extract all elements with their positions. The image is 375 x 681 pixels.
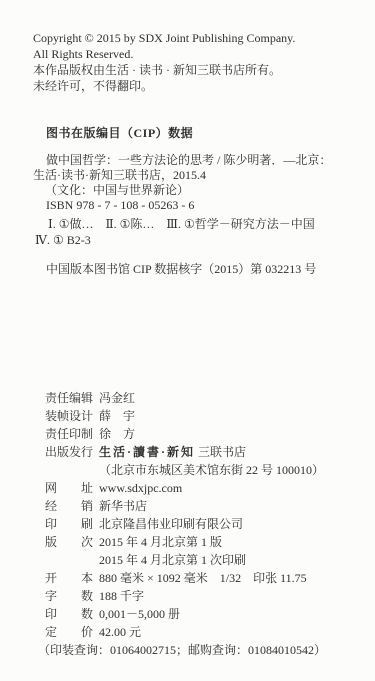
row-value: 冯金红 (99, 391, 135, 405)
colophon-row-website: 网址www.sdxjpc.com (45, 479, 370, 497)
row-label: 出版发行 (45, 443, 93, 461)
colophon-inquiry-line: （印装查询：01064002715；邮购查询：01084010542） (38, 641, 370, 659)
colophon-row-distributor: 经销新华书店 (45, 497, 370, 515)
colophon-row-price: 定价42.00 元 (45, 623, 370, 641)
row-label: 印数 (45, 605, 93, 623)
row-label: 字数 (45, 587, 93, 605)
colophon-row-designer: 装帧设计薛 宇 (45, 407, 370, 425)
copyright-block: Copyright © 2015 by SDX Joint Publishing… (33, 30, 363, 94)
colophon-row-address: （北京市东城区美术馆东街 22 号 100010） (45, 461, 370, 479)
cip-series-line: （文化：中国与世界新论） (33, 183, 368, 198)
copyright-line-en-1: Copyright © 2015 by SDX Joint Publishing… (33, 30, 363, 46)
colophon-row-publisher: 出版发行生活·讀書·新知三联书店 (45, 443, 370, 461)
row-value: 新华书店 (99, 499, 147, 513)
row-label: 开本 (45, 569, 93, 587)
row-label: 网址 (45, 479, 93, 497)
copyright-line-cn-1: 本作品版权由生活 · 读书 · 新知三联书店所有。 (33, 62, 363, 78)
row-value: 薛 宇 (99, 409, 135, 423)
copyright-line-cn-2: 未经许可，不得翻印。 (33, 78, 363, 94)
cip-isbn-line: ISBN 978 - 7 - 108 - 05263 - 6 (33, 198, 368, 213)
publisher-address: （北京市东城区美术馆东街 22 号 100010） (99, 463, 324, 477)
row-value: 2015 年 4 月北京第 1 版 (99, 535, 222, 549)
printing-info: 2015 年 4 月北京第 1 次印刷 (99, 553, 246, 567)
row-value: 188 千字 (99, 589, 144, 603)
cip-classification-block: Ⅰ. ①做… Ⅱ. ①陈… Ⅲ. ①哲学－研究方法－中国 Ⅳ. ① B2-3 (35, 217, 365, 248)
cip-class-line-2: Ⅳ. ① B2-3 (35, 233, 365, 249)
publisher-brand-logotype: 生活·讀書·新知 (99, 445, 195, 459)
row-value: 42.00 元 (99, 625, 141, 639)
row-label: 经销 (45, 497, 93, 515)
row-value: 0,001－5,000 册 (99, 607, 180, 621)
copyright-line-en-2: All Rights Reserved. (33, 46, 363, 62)
cip-heading: 图书在版编目（CIP）数据 (33, 124, 368, 141)
cip-publisher-line: 生活·读书·新知三联书店，2015.4 (33, 168, 368, 183)
colophon-row-printer: 印刷北京隆昌伟业印刷有限公司 (45, 515, 370, 533)
row-label: 版次 (45, 533, 93, 551)
colophon-row-wordcount: 字数188 千字 (45, 587, 370, 605)
cip-record-line: 中国版本图书馆 CIP 数据核字（2015）第 032213 号 (46, 260, 366, 277)
row-value: 880 毫米 × 1092 毫米 1/32 印张 11.75 (99, 571, 307, 585)
cip-block: 图书在版编目（CIP）数据 做中国哲学：一些方法论的思考 / 陈少明著．—北京：… (33, 124, 368, 213)
cip-title-line: 做中国哲学：一些方法论的思考 / 陈少明著．—北京： (33, 153, 368, 168)
row-value: 北京隆昌伟业印刷有限公司 (99, 517, 243, 531)
cip-class-line-1: Ⅰ. ①做… Ⅱ. ①陈… Ⅲ. ①哲学－研究方法－中国 (35, 217, 365, 233)
row-label: 责任编辑 (45, 389, 93, 407)
row-label: 装帧设计 (45, 407, 93, 425)
colophon-row-editor: 责任编辑冯金红 (45, 389, 370, 407)
colophon-row-print-supervisor: 责任印制徐 方 (45, 425, 370, 443)
colophon-row-printing: 2015 年 4 月北京第 1 次印刷 (45, 551, 370, 569)
colophon-row-printrun: 印数0,001－5,000 册 (45, 605, 370, 623)
row-label: 定价 (45, 623, 93, 641)
row-label: 责任印制 (45, 425, 93, 443)
colophon-block: 责任编辑冯金红 装帧设计薛 宇 责任印制徐 方 出版发行生活·讀書·新知三联书店… (45, 389, 370, 659)
row-value: 徐 方 (99, 427, 135, 441)
colophon-row-format: 开本880 毫米 × 1092 毫米 1/32 印张 11.75 (45, 569, 370, 587)
website-url: www.sdxjpc.com (99, 481, 182, 495)
publisher-name: 三联书店 (198, 445, 246, 459)
row-label: 印刷 (45, 515, 93, 533)
colophon-row-edition: 版次2015 年 4 月北京第 1 版 (45, 533, 370, 551)
